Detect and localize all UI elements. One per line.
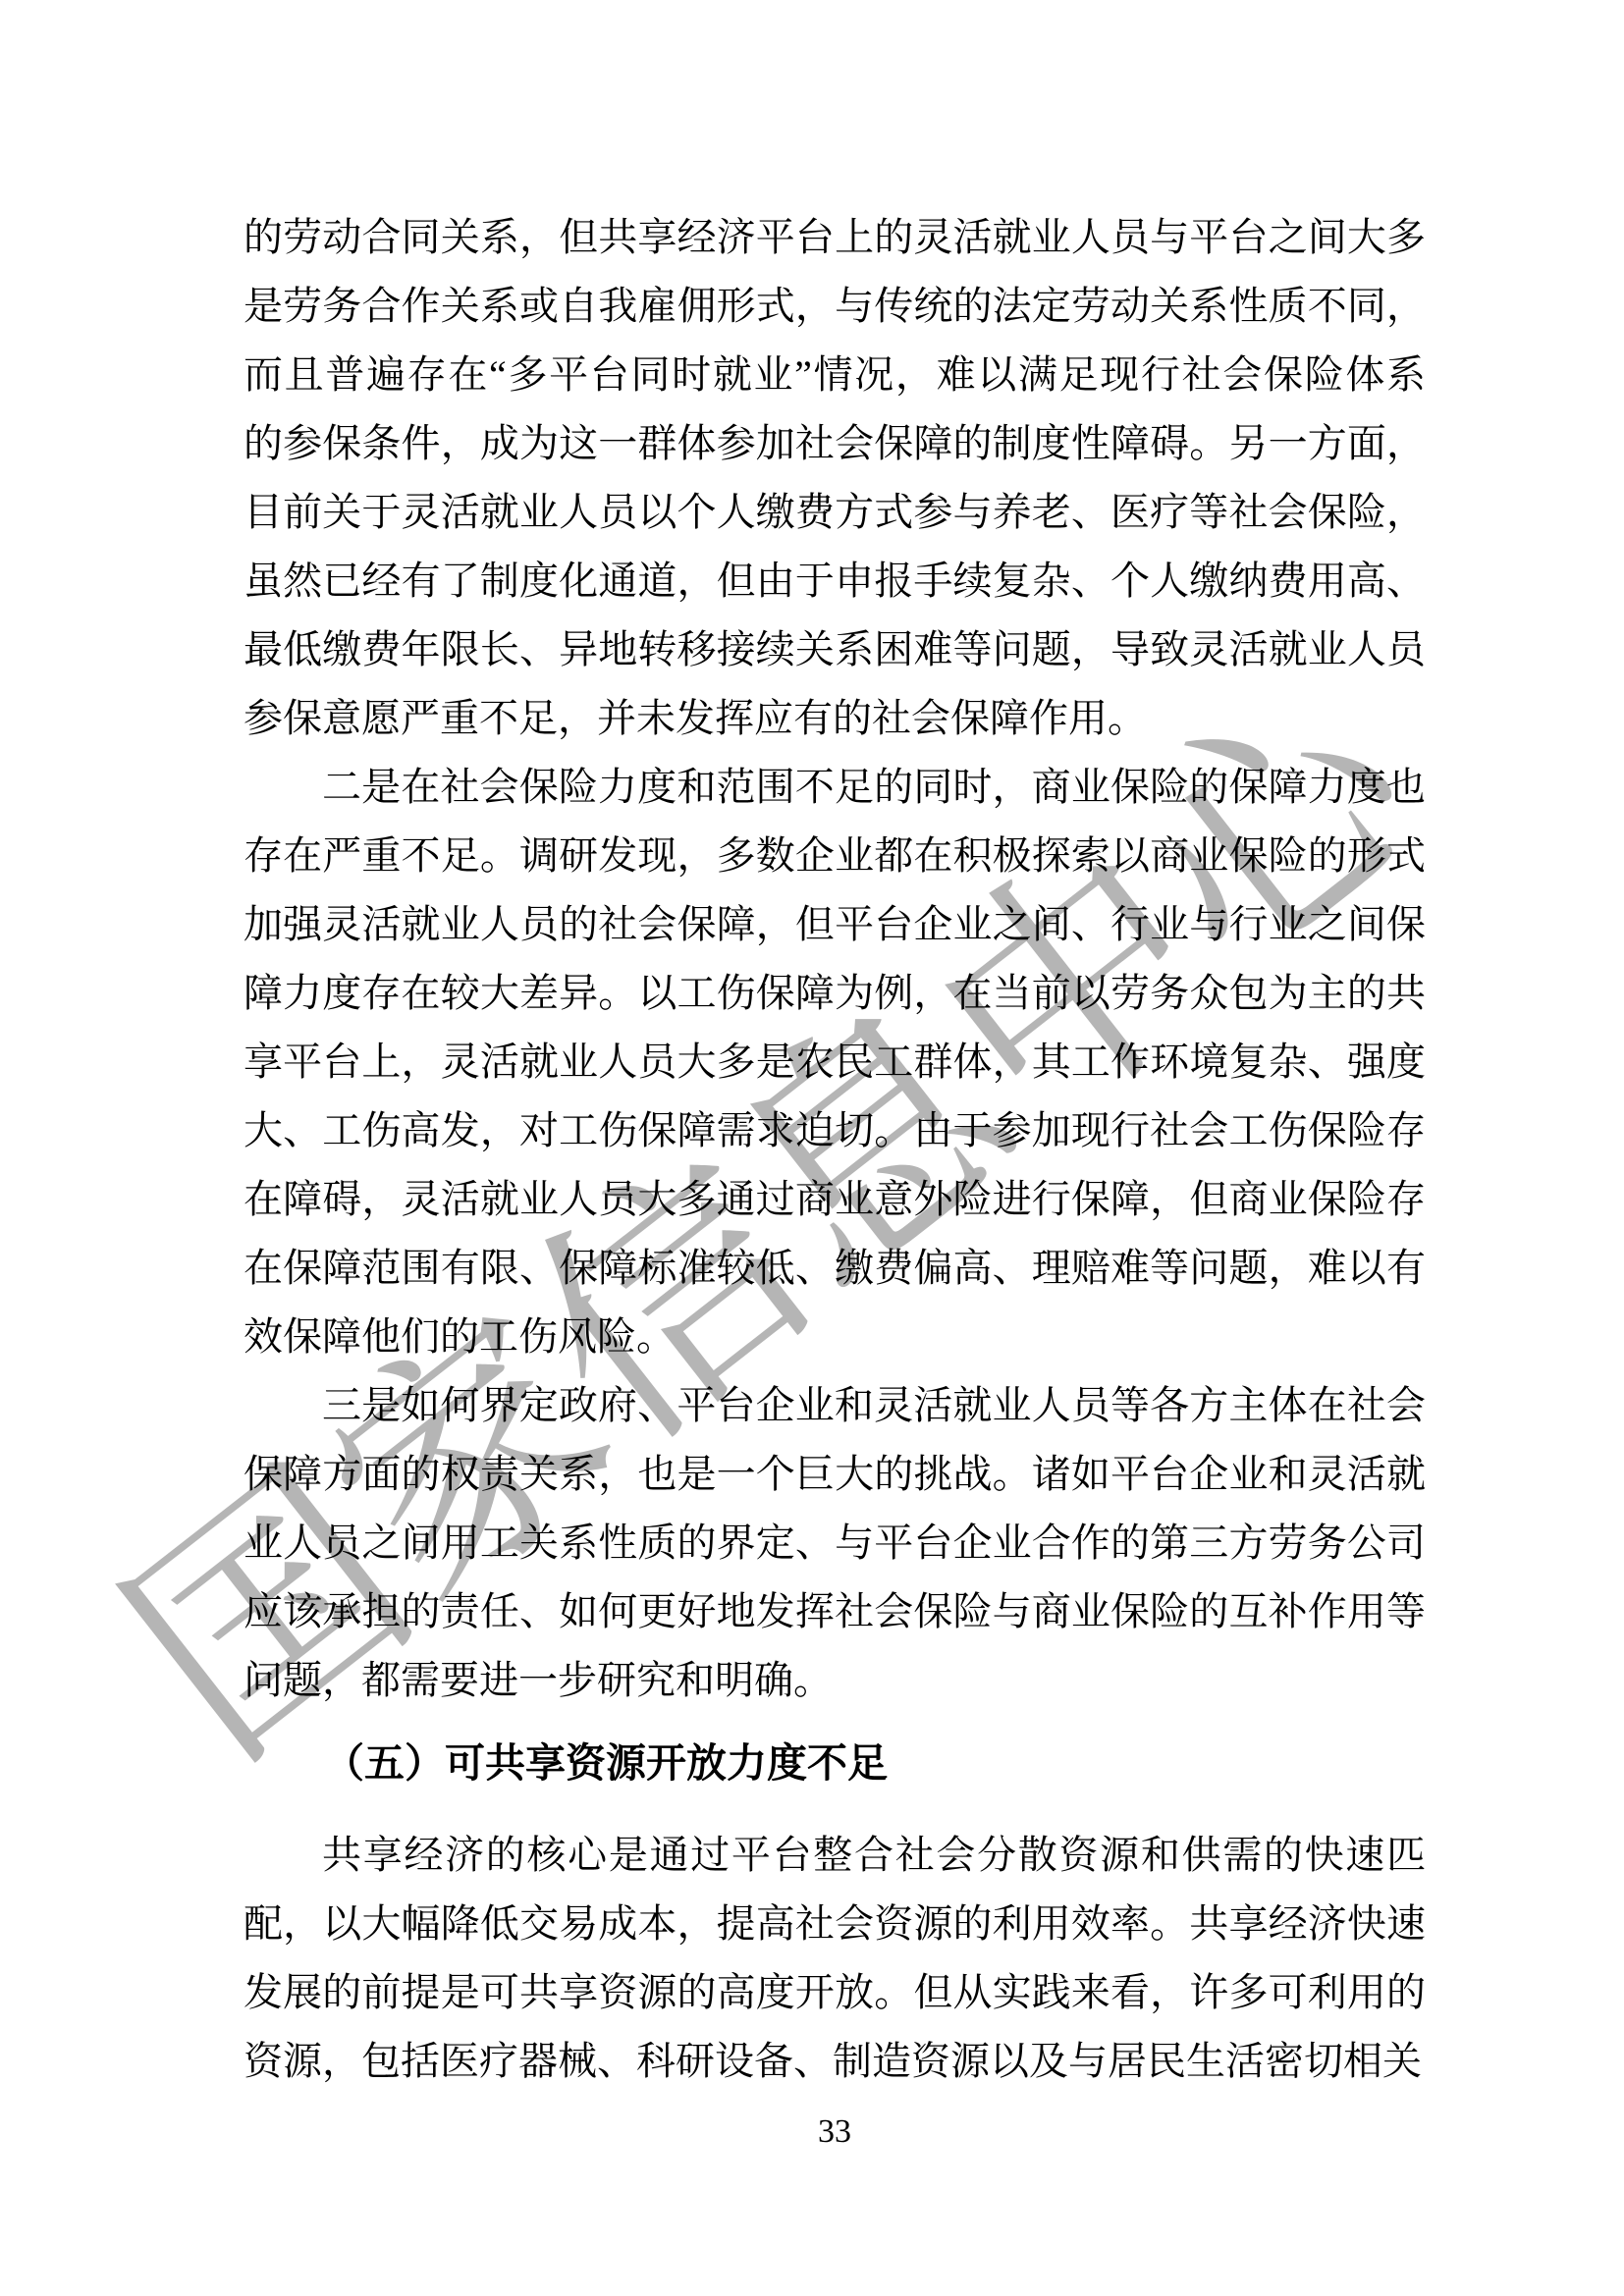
text-line: 保障方面的权责关系，也是一个巨大的挑战。诸如平台企业和灵活就 [244,1440,1426,1509]
text-line: 大、工伤高发，对工伤保障需求迫切。由于参加现行社会工伤保险存 [244,1096,1426,1165]
text-line: 享平台上，灵活就业人员大多是农民工群体，其工作环境复杂、强度 [244,1028,1426,1096]
text-line: 在障碍，灵活就业人员大多通过商业意外险进行保障，但商业保险存 [244,1165,1426,1234]
paragraph: 共享经济的核心是通过平台整合社会分散资源和供需的快速匹配，以大幅降低交易成本，提… [244,1821,1426,2096]
text-line: 而且普遍存在“多平台同时就业”情况，难以满足现行社会保险体系 [244,341,1426,409]
text-line: 应该承担的责任、如何更好地发挥社会保险与商业保险的互补作用等 [244,1577,1426,1646]
text-line: 问题，都需要进一步研究和明确。 [244,1646,1426,1715]
text-line: 三是如何界定政府、平台企业和灵活就业人员等各方主体在社会 [244,1371,1426,1440]
text-line: 最低缴费年限长、异地转移接续关系困难等问题，导致灵活就业人员 [244,615,1426,684]
text-line: 加强灵活就业人员的社会保障，但平台企业之间、行业与行业之间保 [244,890,1426,959]
text-line: 在保障范围有限、保障标准较低、缴费偏高、理赔难等问题，难以有 [244,1234,1426,1303]
text-line: 参保意愿严重不足，并未发挥应有的社会保障作用。 [244,684,1426,753]
text-line: 障力度存在较大差异。以工伤保障为例，在当前以劳务众包为主的共 [244,959,1426,1028]
page-number: 33 [244,2112,1426,2152]
document-body: 的劳动合同关系，但共享经济平台上的灵活就业人员与平台之间大多是劳务合作关系或自我… [244,203,1426,2096]
text-line: 目前关于灵活就业人员以个人缴费方式参与养老、医疗等社会保险， [244,478,1426,547]
text-line: 的参保条件，成为这一群体参加社会保障的制度性障碍。另一方面， [244,409,1426,478]
text-line: 是劳务合作关系或自我雇佣形式，与传统的法定劳动关系性质不同， [244,272,1426,341]
paragraph: 二是在社会保险力度和范围不足的同时，商业保险的保障力度也存在严重不足。调研发现，… [244,753,1426,1371]
paragraph: 的劳动合同关系，但共享经济平台上的灵活就业人员与平台之间大多是劳务合作关系或自我… [244,203,1426,753]
text-line: 发展的前提是可共享资源的高度开放。但从实践来看，许多可利用的 [244,1958,1426,2027]
text-line: 效保障他们的工伤风险。 [244,1303,1426,1371]
text-line: 存在严重不足。调研发现，多数企业都在积极探索以商业保险的形式 [244,822,1426,890]
text-line: 二是在社会保险力度和范围不足的同时，商业保险的保障力度也 [244,753,1426,822]
document-page: 国家信息中心 的劳动合同关系，但共享经济平台上的灵活就业人员与平台之间大多是劳务… [0,0,1624,2296]
text-line: 共享经济的核心是通过平台整合社会分散资源和供需的快速匹 [244,1821,1426,1890]
text-line: 虽然已经有了制度化通道，但由于申报手续复杂、个人缴纳费用高、 [244,547,1426,615]
text-line: 配，以大幅降低交易成本，提高社会资源的利用效率。共享经济快速 [244,1890,1426,1958]
text-line: 业人员之间用工关系性质的界定、与平台企业合作的第三方劳务公司 [244,1509,1426,1577]
section-heading: （五）可共享资源开放力度不足 [244,1729,1426,1797]
text-line: 的劳动合同关系，但共享经济平台上的灵活就业人员与平台之间大多 [244,203,1426,272]
text-line: 资源，包括医疗器械、科研设备、制造资源以及与居民生活密切相关 [244,2027,1426,2096]
paragraph: 三是如何界定政府、平台企业和灵活就业人员等各方主体在社会保障方面的权责关系，也是… [244,1371,1426,1715]
